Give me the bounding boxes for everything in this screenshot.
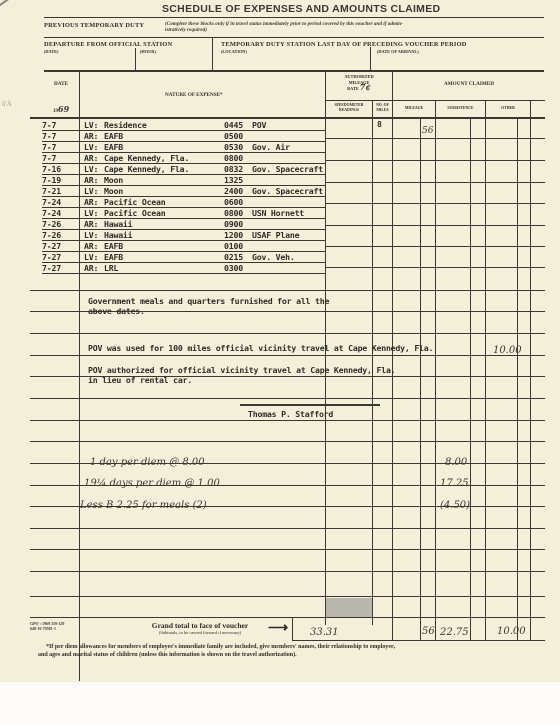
row-date: 7-7 xyxy=(42,153,56,163)
row-type: AR: xyxy=(84,263,98,273)
handwritten-line-1: 1 day per diem @ 8.00 xyxy=(90,457,205,468)
footnote: *If per diem allowances for members of e… xyxy=(38,643,558,659)
rule xyxy=(30,398,545,399)
rule xyxy=(135,48,136,71)
handwritten-amount-3: (4.50) xyxy=(440,500,470,511)
previous-tdy-instruction-2: istratively required) xyxy=(165,27,207,33)
rule xyxy=(44,17,544,18)
grand-total-other: 10.00 xyxy=(497,626,526,637)
rule xyxy=(30,571,545,572)
row-time: 0445 xyxy=(224,120,243,130)
rule xyxy=(325,160,545,161)
row-time: 0600 xyxy=(224,197,243,207)
gpo-code-2: 648-16-79581-1 xyxy=(30,626,64,631)
readings-label: READINGS xyxy=(326,108,372,113)
nature-header: NATURE OF EXPENSE* xyxy=(165,92,223,98)
row-place: Pacific Ocean xyxy=(104,208,165,218)
row-date: 7-7 xyxy=(42,142,56,152)
rule xyxy=(30,441,545,442)
rule xyxy=(325,182,545,183)
tdy-station-label: TEMPORARY DUTY STATION LAST DAY OF PRECE… xyxy=(221,41,467,48)
rule xyxy=(42,152,325,153)
row-type: AR: xyxy=(84,241,98,251)
row-place: EAFB xyxy=(104,241,123,251)
row-date: 7-19 xyxy=(42,175,61,185)
rule xyxy=(30,549,545,550)
row-mode: Gov. Air xyxy=(252,142,290,152)
row-time: 2400 xyxy=(224,186,243,196)
margin-stamp: ñ'À xyxy=(2,100,12,108)
pov-used-amount: 10.00 xyxy=(493,345,522,356)
rule xyxy=(42,207,325,208)
tdy-location-label: (LOCATION) xyxy=(221,49,247,54)
row-place: Hawaii xyxy=(104,230,132,240)
rule xyxy=(325,203,545,204)
authorized-mileage-header: AUTHORIZED MILEAGE RATE 7¢ xyxy=(326,74,392,92)
row-type: LV: xyxy=(84,120,98,130)
row-time: 0800 xyxy=(224,208,243,218)
rule xyxy=(42,240,325,241)
row-date: 7-27 xyxy=(42,241,61,251)
row-place: LRL xyxy=(104,263,118,273)
row-time: 0900 xyxy=(224,219,243,229)
row-type: LV: xyxy=(84,164,98,174)
gpo-code: GPO : 1969 359-329 648-16-79581-1 xyxy=(30,621,64,631)
miles-header: NO. OF MILES xyxy=(373,103,392,113)
tdy-arrival-label: (DATE OF ARRIVAL) xyxy=(377,49,419,54)
rule xyxy=(30,333,545,334)
row-mode: Gov. Spacecraft xyxy=(252,164,323,174)
row-type: LV: xyxy=(84,208,98,218)
rule xyxy=(292,640,545,641)
footnote-line-2: and ages and marital status of children … xyxy=(38,651,558,659)
handwritten-line-2: 19¼ days per diem @ 1.00 xyxy=(84,478,220,489)
row-type: AR: xyxy=(84,153,98,163)
rule xyxy=(325,267,545,268)
shaded-cell xyxy=(326,598,372,617)
rule xyxy=(30,617,545,618)
rule xyxy=(42,130,325,131)
row-mode: Gov. Veh. xyxy=(252,252,295,262)
rule xyxy=(420,118,421,640)
rule xyxy=(325,225,545,226)
mileage-header: MILEAGE xyxy=(393,106,435,110)
row-date: 7-24 xyxy=(42,197,61,207)
row-place: Cape Kennedy, Fla. xyxy=(104,153,189,163)
rule xyxy=(44,37,544,38)
rule xyxy=(370,47,371,71)
rule xyxy=(42,273,325,274)
row-time: 0100 xyxy=(224,241,243,251)
row-time: 0800 xyxy=(224,153,243,163)
row-time: 0530 xyxy=(224,142,243,152)
grand-total-sublabel: (Subtotals, to be carried forward if nec… xyxy=(130,630,270,635)
row-place: Residence xyxy=(104,120,147,130)
row-time: 0832 xyxy=(224,164,243,174)
other-header: OTHER xyxy=(486,106,530,110)
speedometer-header: SPEEDOMETER READINGS xyxy=(326,103,372,113)
rule xyxy=(42,251,325,252)
signature-name: Thomas P. Stafford xyxy=(248,409,333,419)
miles-label: MILES xyxy=(373,108,392,113)
rule xyxy=(470,118,471,640)
row-place: Moon xyxy=(104,175,123,185)
row-type: LV: xyxy=(84,230,98,240)
row-date: 7-27 xyxy=(42,263,61,273)
row-date: 7-16 xyxy=(42,164,61,174)
footnote-line-1: *If per diem allowances for members of e… xyxy=(38,643,558,651)
signature-line xyxy=(240,404,380,406)
departure-date-label: (DATE) xyxy=(44,49,58,54)
row-type: LV: xyxy=(84,186,98,196)
rule xyxy=(325,246,545,247)
row-type: AR: xyxy=(84,131,98,141)
row-type: LV: xyxy=(84,142,98,152)
grand-total-amount: 33.31 xyxy=(310,627,339,638)
row-place: EAFB xyxy=(104,131,123,141)
rule xyxy=(42,141,325,142)
date-header: DATE xyxy=(54,81,68,87)
row-time: 1325 xyxy=(224,175,243,185)
row-date: 7-7 xyxy=(42,131,56,141)
year-handwritten: 69 xyxy=(58,104,69,114)
departure-label: DEPARTURE FROM OFFICIAL STATION xyxy=(44,41,172,48)
row-type: AR: xyxy=(84,197,98,207)
row-place: Hawaii xyxy=(104,219,132,229)
subsistence-header: SUBSISTENCE xyxy=(436,106,485,110)
rule xyxy=(372,101,373,625)
rule xyxy=(325,100,545,101)
rule xyxy=(42,262,325,263)
rule xyxy=(292,617,293,640)
previous-tdy-instruction: (Complete these blocks only if in travel… xyxy=(165,21,550,27)
row-place: EAFB xyxy=(104,252,123,262)
row-mode: USAF Plane xyxy=(252,230,299,240)
row-time: 0300 xyxy=(224,263,243,273)
row-place: Pacific Ocean xyxy=(104,197,165,207)
rule xyxy=(30,117,545,119)
handwritten-amount-1: 8.00 xyxy=(445,457,467,468)
year-prefix: 1969 xyxy=(53,104,69,114)
grand-total-label: Grand total to face of voucher xyxy=(130,621,270,630)
row-date: 7-26 xyxy=(42,230,61,240)
grand-total-label-block: Grand total to face of voucher (Subtotal… xyxy=(130,621,270,635)
rule xyxy=(435,100,436,640)
rule xyxy=(42,163,325,164)
rule xyxy=(30,290,545,291)
row-time: 0500 xyxy=(224,131,243,141)
row-time: 1200 xyxy=(224,230,243,240)
row-type: AR: xyxy=(84,219,98,229)
row-mode: POV xyxy=(252,120,266,130)
rule xyxy=(325,138,545,139)
mileage-amount: 56 xyxy=(422,126,433,136)
rule xyxy=(485,100,486,640)
row-date: 7-24 xyxy=(42,208,61,218)
rule xyxy=(30,420,545,421)
rule xyxy=(30,596,545,597)
pov-authorized-note-line1: POV authorized for official vicinity tra… xyxy=(88,365,395,375)
previous-tdy-label: PREVIOUS TEMPORARY DUTY xyxy=(44,22,144,29)
handwritten-line-3: Less B 2.25 for meals (2) xyxy=(80,500,207,511)
amount-claimed-header: AMOUNT CLAIMED xyxy=(393,81,545,87)
row-place: Cape Kennedy, Fla. xyxy=(104,164,189,174)
rule xyxy=(30,355,545,356)
form-title: SCHEDULE OF EXPENSES AND AMOUNTS CLAIMED xyxy=(162,3,440,15)
row-date: 7-21 xyxy=(42,186,61,196)
row-type: LV: xyxy=(84,252,98,262)
grand-total-mileage: 56 xyxy=(422,626,435,637)
rule xyxy=(530,100,531,640)
row-type: AR: xyxy=(84,175,98,185)
rule xyxy=(42,196,325,197)
row-place: Moon xyxy=(104,186,123,196)
row-mode: Gov. Spacecraft xyxy=(252,186,323,196)
rule xyxy=(42,218,325,219)
grand-total-subsistence: 22.75 xyxy=(440,627,469,638)
row-place: EAFB xyxy=(104,142,123,152)
meals-note-line1: Government meals and quarters furnished … xyxy=(88,296,329,306)
rate-line: RATE 7¢ xyxy=(326,85,392,92)
pov-used-note: POV was used for 100 miles official vici… xyxy=(88,343,433,353)
rule xyxy=(42,174,325,175)
row-date: 7-26 xyxy=(42,219,61,229)
handwritten-amount-2: 17.25 xyxy=(440,478,469,489)
arrow-right-icon: ⟶ xyxy=(268,620,288,637)
row-time: 0215 xyxy=(224,252,243,262)
rule xyxy=(212,38,213,71)
rule xyxy=(30,528,545,529)
row-date: 7-27 xyxy=(42,252,61,262)
rate-value: 7¢ xyxy=(360,82,371,92)
rate-label: RATE xyxy=(347,86,359,91)
meals-note-line2: above dates. xyxy=(88,306,145,316)
row-mode: USN Hornett xyxy=(252,208,304,218)
departure-hour-label: (HOUR) xyxy=(140,49,156,54)
rule xyxy=(517,118,518,640)
row-date: 7-7 xyxy=(42,120,56,130)
rule xyxy=(42,229,325,230)
miles-value: 8 xyxy=(377,119,382,129)
form-paper: SCHEDULE OF EXPENSES AND AMOUNTS CLAIMED… xyxy=(0,0,560,682)
rule xyxy=(42,185,325,186)
rule xyxy=(44,70,544,72)
pov-authorized-note-line2: in lieu of rental car. xyxy=(88,375,192,385)
